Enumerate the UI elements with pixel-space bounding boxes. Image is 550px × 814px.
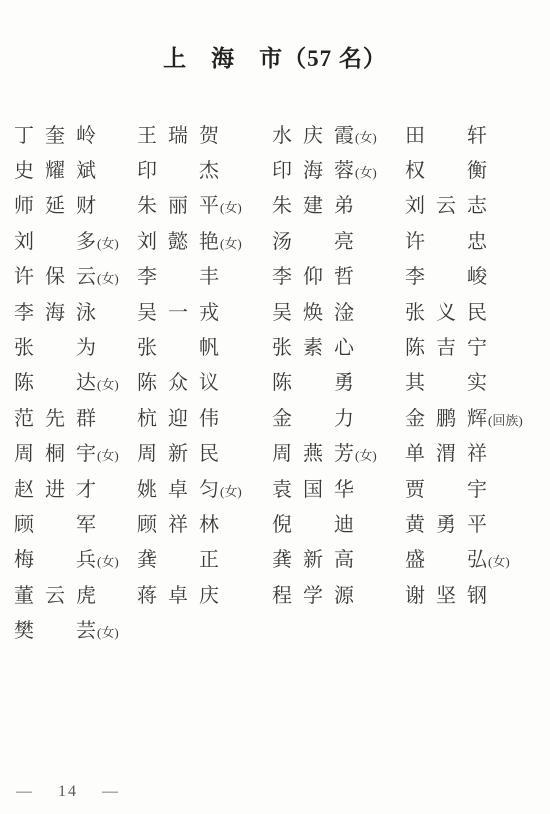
person-name: 刘多 [14,232,96,252]
name-row: 范先群杭迎伟金力金鹏辉(回族) [14,401,550,436]
name-cell: 杭迎伟 [137,409,272,429]
name-cell: 水庆霞(女) [272,126,405,146]
person-name: 陈勇 [272,373,354,393]
person-name: 李峻 [405,267,487,287]
name-row: 董云虎蒋卓庆程学源谢坚钢 [14,578,550,613]
person-name: 许保云 [14,267,96,287]
person-name: 师延财 [14,196,96,216]
person-name: 朱丽平 [137,196,219,216]
name-cell: 周燕芳(女) [272,444,405,464]
person-name: 金鹏辉 [405,409,487,429]
person-name: 吴焕淦 [272,303,354,323]
person-name: 张义民 [405,303,487,323]
gender-ethnic-tag: (女) [97,268,119,287]
name-cell: 张为 [14,338,137,358]
name-cell: 袁国华 [272,480,405,500]
name-cell: 陈众议 [137,373,272,393]
name-cell: 龚新高 [272,550,405,570]
name-row: 李海泳吴一戎吴焕淦张义民 [14,295,550,330]
person-name: 梅兵 [14,550,96,570]
name-cell: 刘云志 [405,196,536,216]
person-name: 周桐宇 [14,444,96,464]
name-row: 顾军顾祥林倪迪黄勇平 [14,507,550,542]
person-name: 黄勇平 [405,515,487,535]
name-cell: 许保云(女) [14,267,137,287]
name-cell: 范先群 [14,409,137,429]
page-number: — 14 — [16,783,120,801]
name-cell: 印海蓉(女) [272,161,405,181]
name-cell: 刘多(女) [14,232,137,252]
person-name: 董云虎 [14,586,96,606]
person-name: 周燕芳 [272,444,354,464]
person-name: 张帆 [137,338,219,358]
gender-ethnic-tag: (女) [355,162,377,181]
gender-ethnic-tag: (女) [97,445,119,464]
person-name: 印海蓉 [272,161,354,181]
gender-ethnic-tag: (女) [220,481,242,500]
gender-ethnic-tag: (女) [97,374,119,393]
name-cell: 师延财 [14,196,137,216]
person-name: 李仰哲 [272,267,354,287]
person-name: 朱建弟 [272,196,354,216]
name-cell: 贾宇 [405,480,536,500]
name-row: 赵进才姚卓匀(女)袁国华贾宇 [14,472,550,507]
person-name: 张为 [14,338,96,358]
person-name: 许忠 [405,232,487,252]
person-name: 李丰 [137,267,219,287]
person-name: 陈达 [14,373,96,393]
person-name: 樊芸 [14,621,96,641]
person-name: 史耀斌 [14,161,96,181]
name-cell: 汤亮 [272,232,405,252]
name-cell: 盛弘(女) [405,550,536,570]
name-cell: 顾军 [14,515,137,535]
name-cell: 倪迪 [272,515,405,535]
person-name: 汤亮 [272,232,354,252]
gender-ethnic-tag: (女) [97,233,119,252]
name-cell: 梅兵(女) [14,550,137,570]
name-cell: 丁奎岭 [14,126,137,146]
person-name: 盛弘 [405,550,487,570]
name-cell: 樊芸(女) [14,621,137,641]
person-name: 印杰 [137,161,219,181]
person-name: 姚卓匀 [137,480,219,500]
name-cell: 其实 [405,373,536,393]
name-cell: 单渭祥 [405,444,536,464]
name-cell: 许忠 [405,232,536,252]
name-row: 丁奎岭王瑞贺水庆霞(女)田轩 [14,118,550,153]
person-name: 顾军 [14,515,96,535]
person-name: 田轩 [405,126,487,146]
name-cell: 田轩 [405,126,536,146]
gender-ethnic-tag: (女) [97,622,119,641]
name-row: 周桐宇(女)周新民周燕芳(女)单渭祥 [14,437,550,472]
name-cell: 王瑞贺 [137,126,272,146]
gender-ethnic-tag: (女) [488,551,510,570]
name-row: 刘多(女)刘懿艳(女)汤亮许忠 [14,224,550,259]
name-cell: 黄勇平 [405,515,536,535]
name-cell: 陈达(女) [14,373,137,393]
name-cell: 周新民 [137,444,272,464]
name-row: 陈达(女)陈众议陈勇其实 [14,366,550,401]
name-cell: 李海泳 [14,303,137,323]
name-cell: 董云虎 [14,586,137,606]
name-cell: 蒋卓庆 [137,586,272,606]
name-cell: 权衡 [405,161,536,181]
name-cell: 谢坚钢 [405,586,536,606]
name-cell: 程学源 [272,586,405,606]
page-title: 上 海 市（57 名） [0,40,550,73]
person-name: 杭迎伟 [137,409,219,429]
name-cell: 陈吉宁 [405,338,536,358]
name-cell: 吴焕淦 [272,303,405,323]
person-name: 水庆霞 [272,126,354,146]
name-roster: 丁奎岭王瑞贺水庆霞(女)田轩史耀斌印杰印海蓉(女)权衡师延财朱丽平(女)朱建弟刘… [14,118,550,649]
name-cell: 张义民 [405,303,536,323]
name-cell: 陈勇 [272,373,405,393]
name-cell: 金力 [272,409,405,429]
name-cell: 李丰 [137,267,272,287]
person-name: 吴一戎 [137,303,219,323]
person-name: 龚正 [137,550,219,570]
name-cell: 顾祥林 [137,515,272,535]
person-name: 陈众议 [137,373,219,393]
person-name: 刘懿艳 [137,232,219,252]
person-name: 倪迪 [272,515,354,535]
person-name: 谢坚钢 [405,586,487,606]
person-name: 赵进才 [14,480,96,500]
name-row: 樊芸(女) [14,613,550,648]
name-row: 梅兵(女)龚正龚新高盛弘(女) [14,543,550,578]
person-name: 周新民 [137,444,219,464]
name-cell: 印杰 [137,161,272,181]
person-name: 权衡 [405,161,487,181]
name-row: 许保云(女)李丰李仰哲李峻 [14,260,550,295]
name-cell: 姚卓匀(女) [137,480,272,500]
gender-ethnic-tag: (回族) [488,410,523,429]
person-name: 袁国华 [272,480,354,500]
name-row: 史耀斌印杰印海蓉(女)权衡 [14,153,550,188]
name-cell: 张帆 [137,338,272,358]
name-cell: 刘懿艳(女) [137,232,272,252]
name-cell: 朱建弟 [272,196,405,216]
person-name: 贾宇 [405,480,487,500]
name-cell: 吴一戎 [137,303,272,323]
name-cell: 周桐宇(女) [14,444,137,464]
person-name: 顾祥林 [137,515,219,535]
person-name: 刘云志 [405,196,487,216]
gender-ethnic-tag: (女) [355,445,377,464]
name-cell: 李仰哲 [272,267,405,287]
document-page: 上 海 市（57 名） 丁奎岭王瑞贺水庆霞(女)田轩史耀斌印杰印海蓉(女)权衡师… [0,0,550,814]
gender-ethnic-tag: (女) [355,127,377,146]
person-name: 范先群 [14,409,96,429]
name-cell: 赵进才 [14,480,137,500]
name-cell: 张素心 [272,338,405,358]
person-name: 蒋卓庆 [137,586,219,606]
person-name: 金力 [272,409,354,429]
name-cell: 李峻 [405,267,536,287]
person-name: 其实 [405,373,487,393]
name-row: 师延财朱丽平(女)朱建弟刘云志 [14,189,550,224]
name-cell: 史耀斌 [14,161,137,181]
gender-ethnic-tag: (女) [220,197,242,216]
person-name: 王瑞贺 [137,126,219,146]
gender-ethnic-tag: (女) [97,551,119,570]
person-name: 丁奎岭 [14,126,96,146]
name-cell: 朱丽平(女) [137,196,272,216]
person-name: 张素心 [272,338,354,358]
name-cell: 龚正 [137,550,272,570]
person-name: 陈吉宁 [405,338,487,358]
name-cell: 金鹏辉(回族) [405,409,536,429]
name-row: 张为张帆张素心陈吉宁 [14,330,550,365]
person-name: 单渭祥 [405,444,487,464]
person-name: 龚新高 [272,550,354,570]
person-name: 李海泳 [14,303,96,323]
person-name: 程学源 [272,586,354,606]
gender-ethnic-tag: (女) [220,233,242,252]
